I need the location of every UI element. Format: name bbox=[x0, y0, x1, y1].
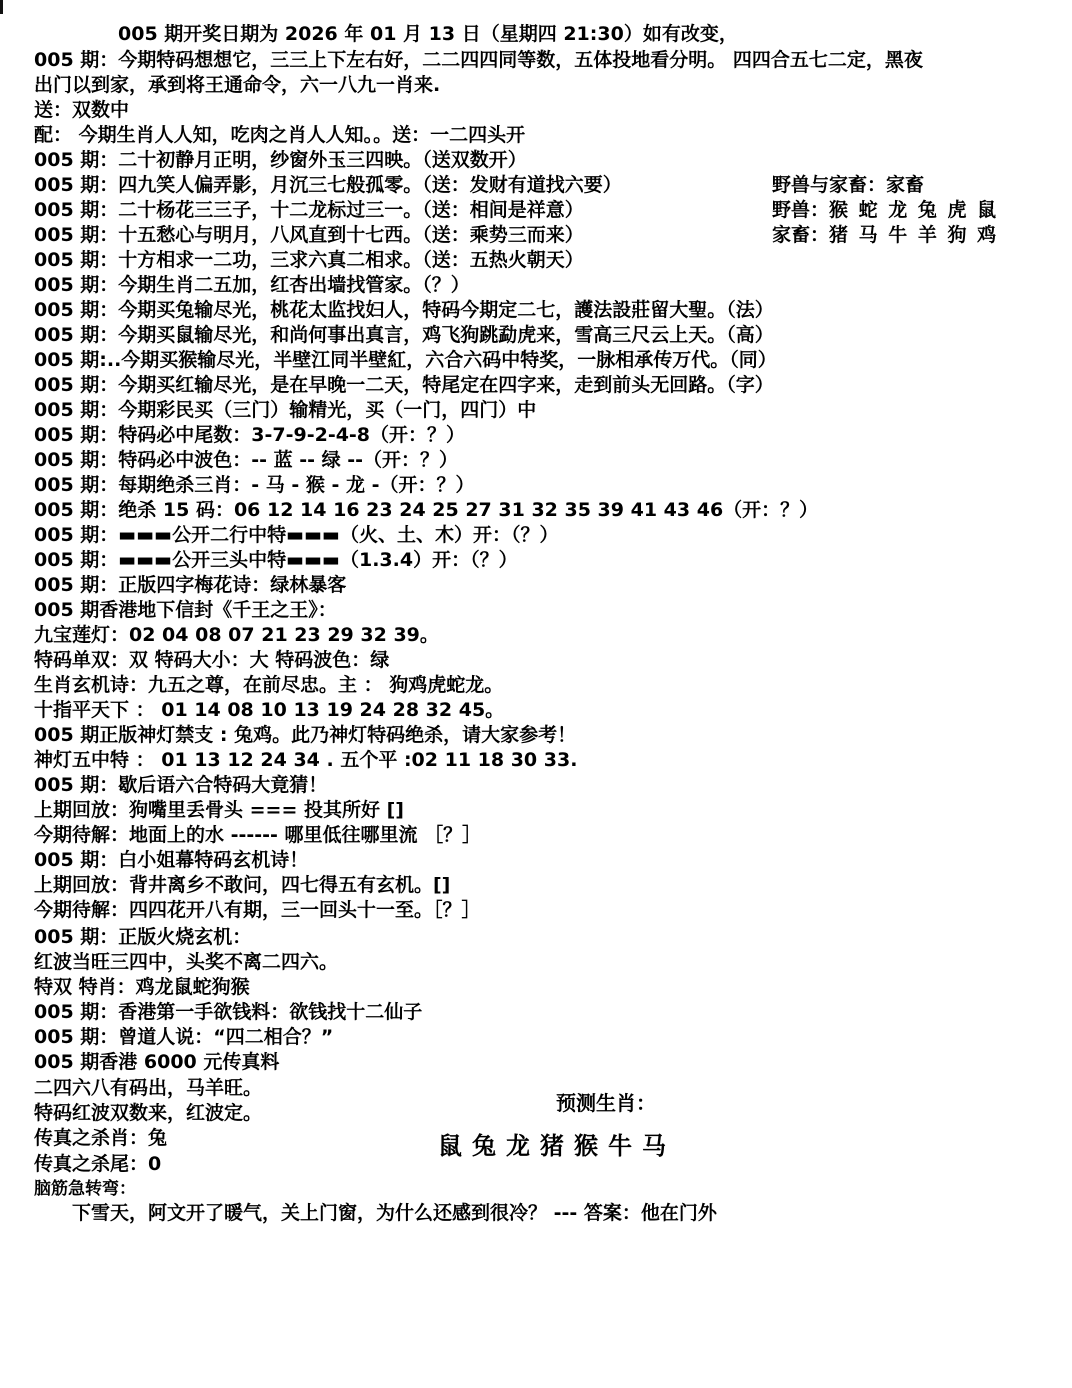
text-line: 005 期:..今期买猴输尽光，半壁江同半壁紅，六合六码中特奖，一脉相承传万代。… bbox=[34, 348, 777, 372]
text-line: 005 期：香港第一手欲钱料：欲钱找十二仙子 bbox=[34, 1000, 422, 1024]
text-line: 005 期：今期生肖二五加，红杏出墙找管家。（？） bbox=[34, 273, 470, 297]
prediction-label: 预测生肖： bbox=[556, 1087, 656, 1116]
text-line: 上期回放：狗嘴里丢骨头 === 投其所好 [] bbox=[34, 798, 404, 822]
text-line: 配： 今期生肖人人知，吃肉之肖人人知。。送：一二四头开 bbox=[34, 123, 525, 147]
text-line: 十指平天下 ： 01 14 08 10 13 19 24 28 32 45。 bbox=[34, 698, 504, 722]
text-line: 005 期：今期买兔输尽光，桃花太监找妇人，特码今期定二七，護法設莊留大聖。（法… bbox=[34, 298, 774, 322]
text-line: 传真之杀尾：0 bbox=[34, 1152, 161, 1176]
zodiac-wild: 野兽：猴 蛇 龙 兔 虎 鼠 bbox=[772, 198, 996, 222]
text-line: 005 期：正版四字梅花诗：绿林暴客 bbox=[34, 573, 346, 597]
text-line: 005 期：▬▬▬公开二行中特▬▬▬（火、土、木）开：（？） bbox=[34, 523, 559, 547]
text-line: 005 期：特码必中波色：-- 蓝 -- 绿 --（开：？） bbox=[34, 448, 458, 472]
prediction-animals: 鼠兔龙猪猴牛马 bbox=[438, 1126, 676, 1161]
text-line: 005 期：十五愁心与明月，八风直到十七西。（送：乘势三而来） bbox=[34, 223, 584, 247]
zodiac-title: 野兽与家畜：家畜 bbox=[772, 173, 924, 197]
text-line: 上期回放：背井离乡不敢问，四七得五有玄机。[] bbox=[34, 873, 450, 897]
text-line: 特码单双：双 特码大小：大 特码波色：绿 bbox=[34, 648, 389, 672]
text-line: 今期待解：地面上的水 ------ 哪里低往哪里流 ［？］ bbox=[34, 823, 481, 847]
text-line: 005 期：今期买红输尽光，是在早晚一二天，特尾定在四字来，走到前头无回路。（字… bbox=[34, 373, 774, 397]
text-line: 005 期香港地下信封《千王之王》： bbox=[34, 598, 337, 622]
text-line: 传真之杀肖：兔 bbox=[34, 1126, 167, 1150]
text-line: 005 期：十方相求一二功，三求六真二相求。（送：五热火朝天） bbox=[34, 248, 584, 272]
edge-mark bbox=[0, 0, 3, 14]
text-line: 特码红波双数来，红波定。 bbox=[34, 1101, 262, 1125]
text-line: 005 期：今期特码想想它，三三上下左右好，二二四四同等数，五体投地看分明。 四… bbox=[34, 48, 923, 72]
text-line: 005 期香港 6000 元传真料 bbox=[34, 1050, 279, 1074]
text-line: 005 期：每期绝杀三肖：- 马 - 猴 - 龙 -（开：？） bbox=[34, 473, 475, 497]
text-line: 005 期：二十初静月正明，纱窗外玉三四映。（送双数开） bbox=[34, 148, 527, 172]
text-line: 九宝莲灯：02 04 08 07 21 23 29 32 39。 bbox=[34, 623, 439, 647]
text-line: 005 期：今期买鼠输尽光，和尚何事出真言，鸡飞狗跳勐虎来，雪高三尺云上天。（高… bbox=[34, 323, 774, 347]
text-line: 二四六八有码出，马羊旺。 bbox=[34, 1076, 262, 1100]
riddle-line: 下雪天，阿文开了暖气，关上门窗，为什么还感到很冷？ --- 答案：他在门外 bbox=[72, 1201, 717, 1225]
text-line: 005 期：白小姐幕特码玄机诗！ bbox=[34, 848, 308, 872]
text-line: 今期待解：四四花开八有期，三一回头十一至。［？］ bbox=[34, 898, 481, 922]
zodiac-domestic: 家畜：猪 马 牛 羊 狗 鸡 bbox=[772, 223, 996, 247]
text-line: 005 期正版神灯禁支 : 兔鸡。此乃神灯特码绝杀，请大家参考！ bbox=[34, 723, 576, 747]
draw-date-title: 005 期开奖日期为 2026 年 01 月 13 日（星期四 21:30）如有… bbox=[118, 22, 738, 46]
text-line: 出门以到家，承到将王通命令，六一八九一肖来. bbox=[34, 73, 440, 97]
text-line: 005 期：特码必中尾数：3-7-9-2-4-8（开：？） bbox=[34, 423, 465, 447]
text-line: 脑筋急转弯： bbox=[34, 1177, 136, 1201]
text-line: 005 期：▬▬▬公开三头中特▬▬▬（1.3.4）开：（？） bbox=[34, 548, 518, 572]
text-line: 005 期：四九笑人偏弄影，月沉三七般孤零。（送：发财有道找六要） bbox=[34, 173, 622, 197]
text-line: 005 期：二十杨花三三子，十二龙标过三一。（送：相间是祥意） bbox=[34, 198, 584, 222]
text-line: 生肖玄机诗：九五之尊，在前尽忠。主 ： 狗鸡虎蛇龙。 bbox=[34, 673, 503, 697]
text-line: 005 期：绝杀 15 码：06 12 14 16 23 24 25 27 31… bbox=[34, 498, 818, 522]
text-line: 送：双数中 bbox=[34, 98, 129, 122]
text-line: 005 期：曾道人说：“四二相合？” bbox=[34, 1025, 333, 1049]
text-line: 005 期：歇后语六合特码大竟猜！ bbox=[34, 773, 327, 797]
text-line: 红波当旺三四中，头奖不离二四六。 bbox=[34, 950, 338, 974]
text-line: 005 期：今期彩民买（三门）输精光，买（一门，四门）中 bbox=[34, 398, 536, 422]
text-line: 特双 特肖：鸡龙鼠蛇狗猴 bbox=[34, 975, 250, 999]
text-line: 神灯五中特 ： 01 13 12 24 34 . 五个平 :02 11 18 3… bbox=[34, 748, 577, 772]
text-line: 005 期：正版火烧玄机： bbox=[34, 925, 251, 949]
